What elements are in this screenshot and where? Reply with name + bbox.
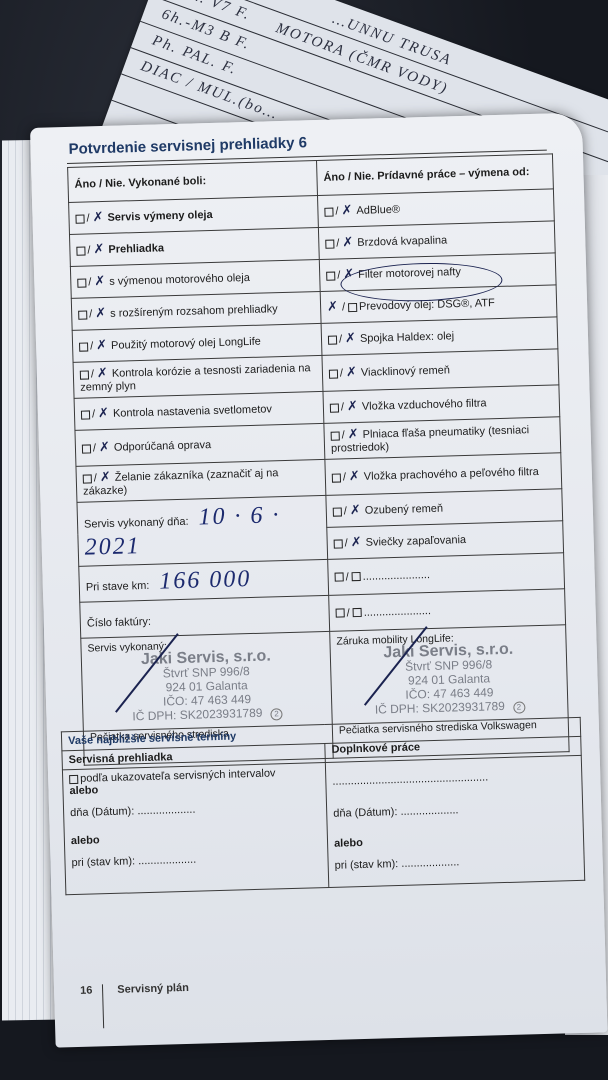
yes-no-checkbox-pair[interactable]: /✗ (328, 333, 360, 346)
no-checkbox-crossed-icon[interactable]: ✗ (351, 535, 362, 550)
slash-separator: / (345, 537, 348, 549)
yes-no-checkbox-pair[interactable]: /✗ (78, 308, 110, 321)
yes-no-checkbox-pair[interactable]: /✗ (79, 340, 111, 353)
no-checkbox[interactable] (352, 572, 361, 581)
no-checkbox-crossed-icon[interactable]: ✗ (341, 203, 352, 218)
item-label: s výmenou motorového oleja (109, 272, 250, 288)
slash-separator: / (343, 471, 346, 483)
no-checkbox-crossed-icon[interactable]: ✗ (100, 470, 111, 485)
next-service-right-cell: Doplnkové práce ........................… (325, 755, 584, 887)
yes-checkbox[interactable] (78, 310, 87, 319)
next-service-table: Vaše najbližšie servisné termíny Servisn… (61, 717, 585, 895)
checkbox-icon[interactable] (69, 775, 78, 784)
item-label: Prehliadka (108, 242, 164, 256)
mileage-field-label: Pri stave km: (86, 580, 150, 594)
service-booklet-page: Potvrdenie servisnej prehliadky 6 Áno / … (30, 113, 607, 1048)
yes-checkbox[interactable] (82, 444, 91, 453)
slash-separator: / (93, 442, 96, 454)
yes-no-checkbox-pair[interactable]: /✗ (329, 367, 361, 380)
item-label: ...................... (364, 604, 432, 618)
item-label: Sviečky zapaľovania (366, 534, 467, 549)
no-checkbox-crossed-icon[interactable]: ✗ (345, 331, 356, 346)
no-checkbox-crossed-icon[interactable]: ✗ (349, 469, 360, 484)
slash-separator: / (88, 276, 91, 288)
company-stamp: Jaki Servis, s.r.o.Štvrť SNP 996/8924 01… (88, 648, 326, 726)
item-label: Servis výmeny oleja (107, 209, 212, 224)
yes-no-checkbox-pair[interactable]: /✗ (82, 442, 114, 455)
slash-separator: / (92, 408, 95, 420)
yes-no-checkbox-pair[interactable]: /✗ (331, 429, 363, 442)
slash-separator: / (339, 333, 342, 345)
yes-checkbox[interactable] (333, 507, 342, 516)
no-checkbox-crossed-icon[interactable]: ✗ (95, 306, 106, 321)
next-service-left-cell: podľa ukazovateľa servisných intervalov … (62, 763, 328, 895)
slash-separator: / (342, 429, 345, 441)
item-label: Ozubený remeň (365, 503, 444, 517)
item-label: Odporúčaná oprava (114, 439, 212, 454)
yes-checkbox[interactable] (80, 370, 89, 379)
service-date-field-label: Servis vykonaný dňa: (84, 515, 189, 530)
yes-no-checkbox-pair[interactable]: /✗ (324, 205, 356, 218)
page-footer: 16Servisný plán (80, 982, 190, 1029)
yes-checkbox-crossed-icon[interactable]: ✗ (327, 299, 338, 314)
no-checkbox-crossed-icon[interactable]: ✗ (96, 338, 107, 353)
item-label: Spojka Haldex: olej (360, 330, 454, 345)
no-checkbox-crossed-icon[interactable]: ✗ (92, 210, 103, 225)
slash-separator: / (337, 269, 340, 281)
slash-separator: / (89, 308, 92, 320)
no-checkbox[interactable] (353, 608, 362, 617)
slash-separator: / (90, 340, 93, 352)
service-confirmation-table: Áno / Nie. Vykonané boli: Áno / Nie. Prí… (67, 153, 570, 765)
yes-no-checkbox-pair[interactable]: /✗ (83, 472, 115, 485)
yes-no-checkbox-pair[interactable]: /✗ (334, 537, 366, 550)
yes-checkbox[interactable] (76, 246, 85, 255)
slash-separator: / (340, 367, 343, 379)
yes-no-checkbox-pair[interactable]: /✗ (80, 368, 112, 381)
item-label: AdBlue® (356, 204, 400, 217)
circled-number-icon: 2 (270, 708, 282, 720)
yes-checkbox[interactable] (336, 608, 345, 617)
page-number: 16 (80, 985, 93, 997)
yes-checkbox[interactable] (325, 239, 334, 248)
no-checkbox-crossed-icon[interactable]: ✗ (342, 235, 353, 250)
slash-separator: / (344, 505, 347, 517)
circled-number-icon: 2 (513, 701, 525, 713)
yes-checkbox[interactable] (326, 271, 335, 280)
page-title: Potvrdenie servisnej prehliadky 6 (68, 134, 307, 158)
mileage-field-value: 166 000 (159, 566, 252, 595)
yes-no-checkbox-pair[interactable]: /✗ (325, 237, 357, 250)
km-field[interactable]: pri (stav km): ................... (334, 843, 578, 884)
no-checkbox-crossed-icon[interactable]: ✗ (348, 427, 359, 442)
yes-no-checkbox-pair[interactable]: /✗ (330, 401, 362, 414)
slash-separator: / (346, 607, 349, 619)
footer-divider (102, 984, 104, 1028)
slash-separator: / (336, 237, 339, 249)
yes-no-checkbox-pair[interactable]: /✗ (333, 505, 365, 518)
item-label: Vložka prachového a peľového filtra (364, 466, 539, 483)
yes-no-checkbox-pair[interactable]: / (335, 606, 363, 619)
item-label: Kontrola korózie a tesnosti zariadenia n… (80, 362, 311, 393)
slash-separator: / (87, 244, 90, 256)
slash-separator: / (94, 472, 97, 484)
item-label: ...................... (363, 569, 431, 583)
no-checkbox-crossed-icon[interactable]: ✗ (94, 274, 105, 289)
yes-checkbox[interactable] (334, 539, 343, 548)
slash-separator: / (335, 205, 338, 217)
no-checkbox-crossed-icon[interactable]: ✗ (99, 440, 110, 455)
yes-no-checkbox-pair[interactable]: /✗ (76, 244, 108, 257)
yes-checkbox[interactable] (335, 573, 344, 582)
no-checkbox-crossed-icon[interactable]: ✗ (98, 406, 109, 421)
yes-checkbox[interactable] (83, 474, 92, 483)
yes-checkbox[interactable] (324, 207, 333, 216)
item-label: Brzdová kvapalina (357, 234, 447, 249)
yes-checkbox[interactable] (328, 335, 337, 344)
item-label: Použitý motorový olej LongLife (111, 336, 261, 352)
section-name: Servisný plán (117, 982, 189, 996)
yes-checkbox[interactable] (331, 431, 340, 440)
item-label: Viacklinový remeň (361, 364, 450, 378)
yes-checkbox[interactable] (79, 342, 88, 351)
yes-checkbox[interactable] (81, 410, 90, 419)
km-field[interactable]: pri (stav km): ................... (71, 840, 322, 881)
slash-separator: / (86, 212, 89, 224)
no-checkbox-crossed-icon[interactable]: ✗ (97, 366, 108, 381)
slash-separator: / (91, 368, 94, 380)
yes-no-checkbox-pair[interactable]: ✗/ (327, 301, 359, 314)
yes-checkbox[interactable] (329, 369, 338, 378)
yes-no-checkbox-pair[interactable]: / (334, 570, 362, 583)
no-checkbox-crossed-icon[interactable]: ✗ (347, 399, 358, 414)
company-stamp: Jaki Servis, s.r.o.Štvrť SNP 996/8924 01… (337, 641, 562, 718)
slash-separator: / (342, 301, 345, 313)
slash-separator: / (341, 401, 344, 413)
yes-checkbox[interactable] (75, 214, 84, 223)
item-label: Vložka vzduchového filtra (362, 397, 487, 412)
yes-no-checkbox-pair[interactable]: /✗ (81, 408, 113, 421)
yes-no-checkbox-pair[interactable]: /✗ (75, 212, 107, 225)
item-label: Kontrola nastavenia svetlometov (113, 403, 272, 419)
slash-separator: / (345, 571, 348, 583)
yes-no-checkbox-pair[interactable]: /✗ (332, 471, 364, 484)
service-date-field-value: 10 · 6 · 2021 (84, 502, 280, 560)
item-label: s rozšíreným rozsahom prehliadky (110, 303, 278, 320)
yes-no-checkbox-pair[interactable]: /✗ (77, 276, 109, 289)
yes-checkbox[interactable] (77, 278, 86, 287)
yes-checkbox[interactable] (332, 473, 341, 482)
yes-checkbox[interactable] (330, 403, 339, 412)
no-checkbox[interactable] (348, 303, 357, 312)
no-checkbox-crossed-icon[interactable]: ✗ (93, 242, 104, 257)
service-date-field[interactable]: Servis vykonaný dňa:10 · 6 · 2021 (77, 495, 328, 566)
invoice-number-field-value (161, 605, 162, 631)
no-checkbox-crossed-icon[interactable]: ✗ (350, 503, 361, 518)
no-checkbox-crossed-icon[interactable]: ✗ (346, 365, 357, 380)
invoice-number-field-label: Číslo faktúry: (87, 616, 151, 630)
